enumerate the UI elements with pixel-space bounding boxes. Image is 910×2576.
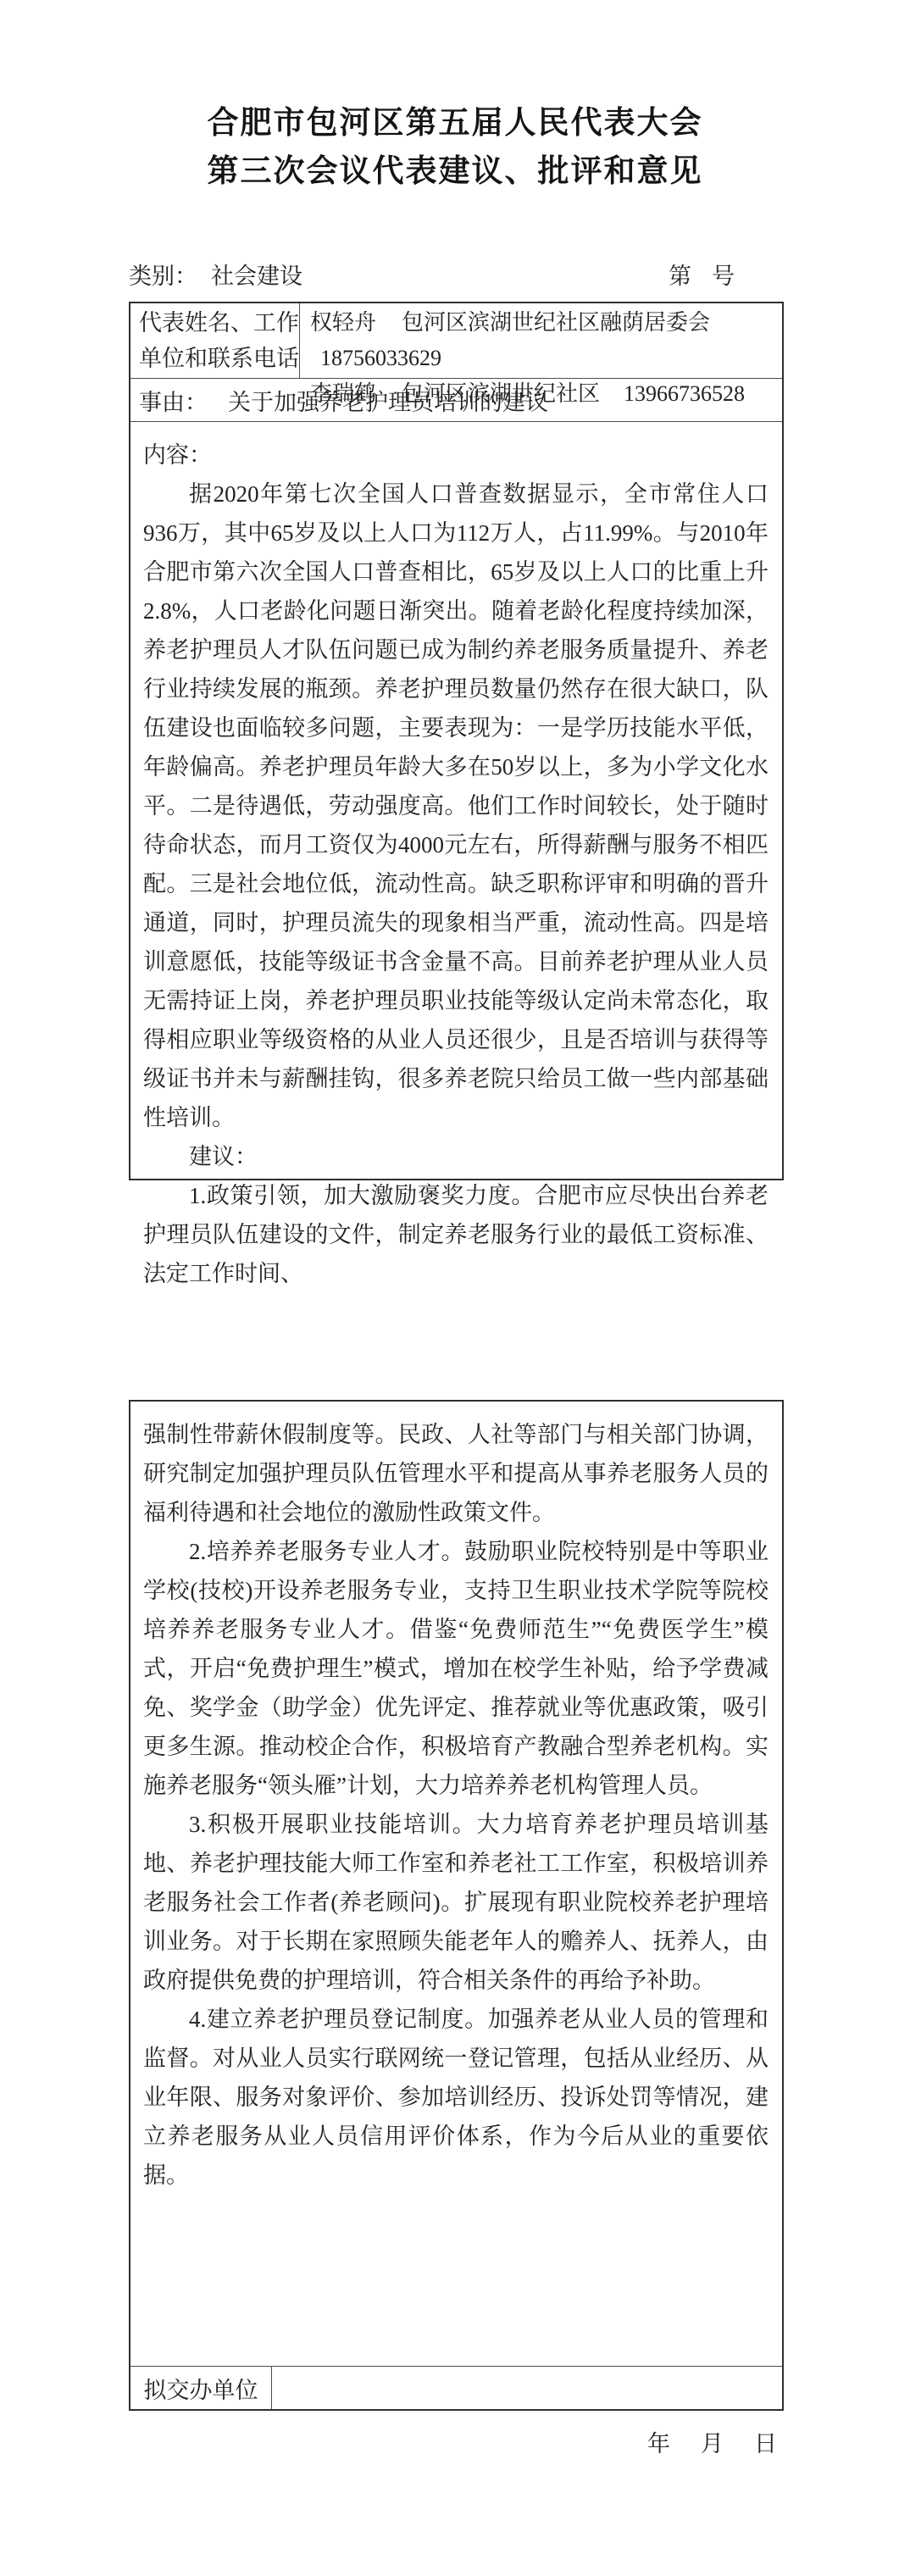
content-paragraph: 建议： (143, 1137, 769, 1176)
document-number-field: 第号 (669, 259, 735, 293)
representative-phone: 13966736528 (624, 381, 745, 406)
meta-line: 类别：社会建设 第号 (129, 259, 784, 293)
form-table-page1: 代表姓名、工作 单位和联系电话 权轻舟包河区滨湖世纪社区融荫居委会1875603… (129, 302, 784, 1180)
assign-unit-value-cell (272, 2367, 782, 2409)
document-page: 合肥市包河区第五届人民代表大会 第三次会议代表建议、批评和意见 类别：社会建设 … (0, 0, 910, 2576)
content-paragraph: 3.积极开展职业技能培训。大力培育养老护理员培训基地、养老护理技能大师工作室和养… (143, 1805, 769, 2000)
representative-label-cell: 代表姓名、工作 单位和联系电话 (130, 303, 300, 378)
representative-label-line1: 代表姓名、工作 (139, 305, 299, 341)
doc-title-line2: 第三次会议代表建议、批评和意见 (0, 147, 910, 195)
content-paragraph: 1.政策引领，加大激励褒奖力度。合肥市应尽快出台养老护理员队伍建设的文件，制定养… (143, 1176, 769, 1293)
assign-unit-row: 拟交办单位 (130, 2366, 782, 2409)
representative-name: 权轻舟 (310, 310, 376, 335)
category-field: 类别：社会建设 (129, 259, 302, 293)
date-line: 年月日 (129, 2425, 784, 2458)
content-cell-page2: 强制性带薪休假制度等。民政、人社等部门与相关部门协调，研究制定加强护理员队伍管理… (130, 1402, 782, 2366)
representative-label-line2: 单位和联系电话 (139, 341, 299, 376)
content-paragraph: 据2020年第七次全国人口普查数据显示，全市常住人口936万，其中65岁及以上人… (143, 475, 769, 1137)
representative-row: 代表姓名、工作 单位和联系电话 权轻舟包河区滨湖世纪社区融荫居委会1875603… (130, 303, 782, 379)
representative-values-cell: 权轻舟包河区滨湖世纪社区融荫居委会18756033629 李瑞鹤包河区滨湖世纪社… (300, 303, 782, 378)
content-paragraph: 强制性带薪休假制度等。民政、人社等部门与相关部门协调，研究制定加强护理员队伍管理… (143, 1415, 769, 1532)
content-label: 内容： (143, 436, 769, 475)
date-day-label: 日 (754, 2431, 777, 2457)
number-prefix: 第 (669, 264, 691, 289)
representative-phone: 18756033629 (320, 346, 441, 370)
content-cell-page1: 内容： 据2020年第七次全国人口普查数据显示，全市常住人口936万，其中65岁… (130, 422, 782, 1293)
date-month-label: 月 (701, 2431, 724, 2457)
content-paragraph: 2.培养养老服务专业人才。鼓励职业院校特别是中等职业学校(技校)开设养老服务专业… (143, 1532, 769, 1805)
subject-label: 事由： (139, 384, 208, 417)
number-suffix: 号 (712, 264, 735, 289)
form-table-page2: 强制性带薪休假制度等。民政、人社等部门与相关部门协调，研究制定加强护理员队伍管理… (129, 1400, 784, 2411)
assign-unit-label: 拟交办单位 (130, 2367, 272, 2409)
category-value: 社会建设 (211, 264, 302, 289)
doc-title-line1: 合肥市包河区第五届人民代表大会 (0, 98, 910, 147)
doc-title: 合肥市包河区第五届人民代表大会 第三次会议代表建议、批评和意见 (0, 98, 910, 195)
content-paragraph: 4.建立养老护理员登记制度。加强养老从业人员的管理和监督。对从业人员实行联网统一… (143, 2000, 769, 2195)
representative-unit: 包河区滨湖世纪社区融荫居委会 (402, 310, 710, 335)
subject-value: 关于加强养老护理员培训的建议 (228, 384, 548, 417)
date-year-label: 年 (647, 2431, 670, 2457)
representative-entry: 权轻舟包河区滨湖世纪社区融荫居委会18756033629 (310, 305, 782, 376)
category-label: 类别： (129, 264, 197, 289)
